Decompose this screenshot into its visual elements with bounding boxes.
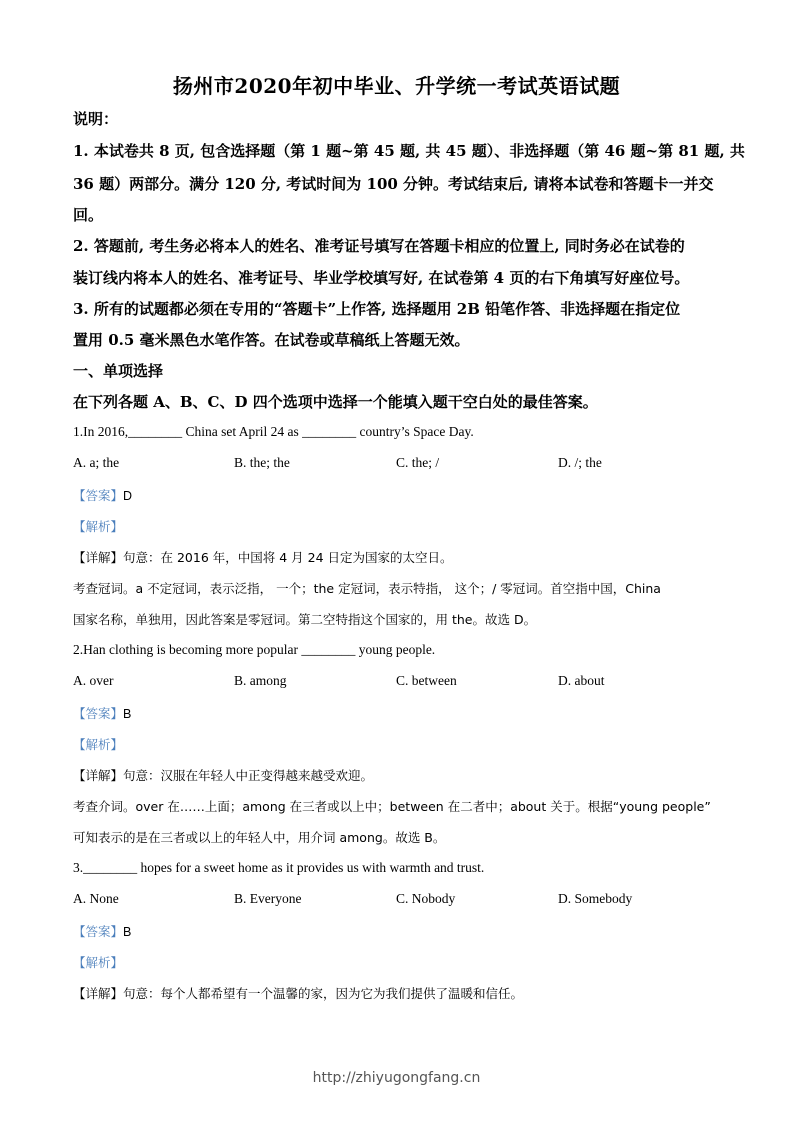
- instruction-line: 置用 0.5 毫米黑色水笔作答。在试卷或草稿纸上答题无效。: [73, 329, 470, 350]
- exam-page: 扬州市2020年初中毕业、升学统一考试英语试题 说明： 1. 本试卷共 8 页,…: [0, 0, 793, 1122]
- answer-value: B: [123, 707, 131, 721]
- detail-line: 国家名称，单独用，因此答案是零冠词。第二空特指这个国家的，用 the。故选 D。: [73, 610, 536, 628]
- answer-label: 【答案】: [73, 488, 123, 503]
- option-d: D. about: [558, 673, 605, 689]
- instruction-line: 1. 本试卷共 8 页, 包含选择题（第 1 题~第 45 题, 共 45 题）…: [73, 140, 745, 161]
- answer-value: B: [123, 925, 131, 939]
- answer-label: 【答案】: [73, 924, 123, 939]
- detail-line: 考查冠词。a 不定冠词，表示泛指， 一个；the 定冠词，表示特指， 这个；/ …: [73, 579, 661, 597]
- section-heading: 一、单项选择: [73, 360, 163, 381]
- question-stem: 3.________ hopes for a sweet home as it …: [73, 860, 484, 876]
- option-c: C. Nobody: [396, 891, 455, 907]
- question-stem: 1.In 2016,________ China set April 24 as…: [73, 424, 474, 440]
- detail-line: 【详解】句意：每个人都希望有一个温馨的家，因为它为我们提供了温暖和信任。: [73, 984, 523, 1002]
- question-stem: 2.Han clothing is becoming more popular …: [73, 642, 435, 658]
- option-c: C. the; /: [396, 455, 439, 471]
- instruction-line: 3. 所有的试题都必须在专用的“答题卡”上作答, 选择题用 2B 铅笔作答、非选…: [73, 298, 680, 319]
- answer-row: 【答案】D: [73, 486, 132, 504]
- instructions-label: 说明：: [73, 108, 118, 129]
- page-title: 扬州市2020年初中毕业、升学统一考试英语试题: [0, 70, 793, 99]
- answer-label: 【答案】: [73, 706, 123, 721]
- detail-line: 考查介词。over 在……上面；among 在三者或以上中；between 在二…: [73, 797, 711, 815]
- instruction-line: 2. 答题前, 考生务必将本人的姓名、准考证号填写在答题卡相应的位置上, 同时务…: [73, 235, 685, 256]
- analysis-label: 【解析】: [73, 735, 123, 753]
- option-d: D. /; the: [558, 455, 602, 471]
- option-b: B. the; the: [234, 455, 290, 471]
- detail-line: 【详解】句意：汉服在年轻人中正变得越来越受欢迎。: [73, 766, 373, 784]
- instruction-line: 回。: [73, 204, 103, 225]
- option-a: A. None: [73, 891, 119, 907]
- instruction-line: 36 题）两部分。满分 120 分, 考试时间为 100 分钟。考试结束后, 请…: [73, 173, 714, 194]
- detail-line: 【详解】句意：在 2016 年，中国将 4 月 24 日定为国家的太空日。: [73, 548, 453, 566]
- option-b: B. Everyone: [234, 891, 301, 907]
- instruction-line: 装订线内将本人的姓名、准考证号、毕业学校填写好, 在试卷第 4 页的右下角填写好…: [73, 267, 689, 288]
- footer-url[interactable]: http://zhiyugongfang.cn: [0, 1070, 793, 1086]
- section-instruction: 在下列各题 A、B、C、D 四个选项中选择一个能填入题干空白处的最佳答案。: [73, 391, 598, 412]
- answer-value: D: [123, 489, 132, 503]
- option-b: B. among: [234, 673, 287, 689]
- answer-row: 【答案】B: [73, 922, 131, 940]
- detail-line: 可知表示的是在三者或以上的年轻人中，用介词 among。故选 B。: [73, 828, 445, 846]
- option-c: C. between: [396, 673, 457, 689]
- analysis-label: 【解析】: [73, 517, 123, 535]
- analysis-label: 【解析】: [73, 953, 123, 971]
- answer-row: 【答案】B: [73, 704, 131, 722]
- option-a: A. over: [73, 673, 114, 689]
- option-a: A. a; the: [73, 455, 119, 471]
- option-d: D. Somebody: [558, 891, 632, 907]
